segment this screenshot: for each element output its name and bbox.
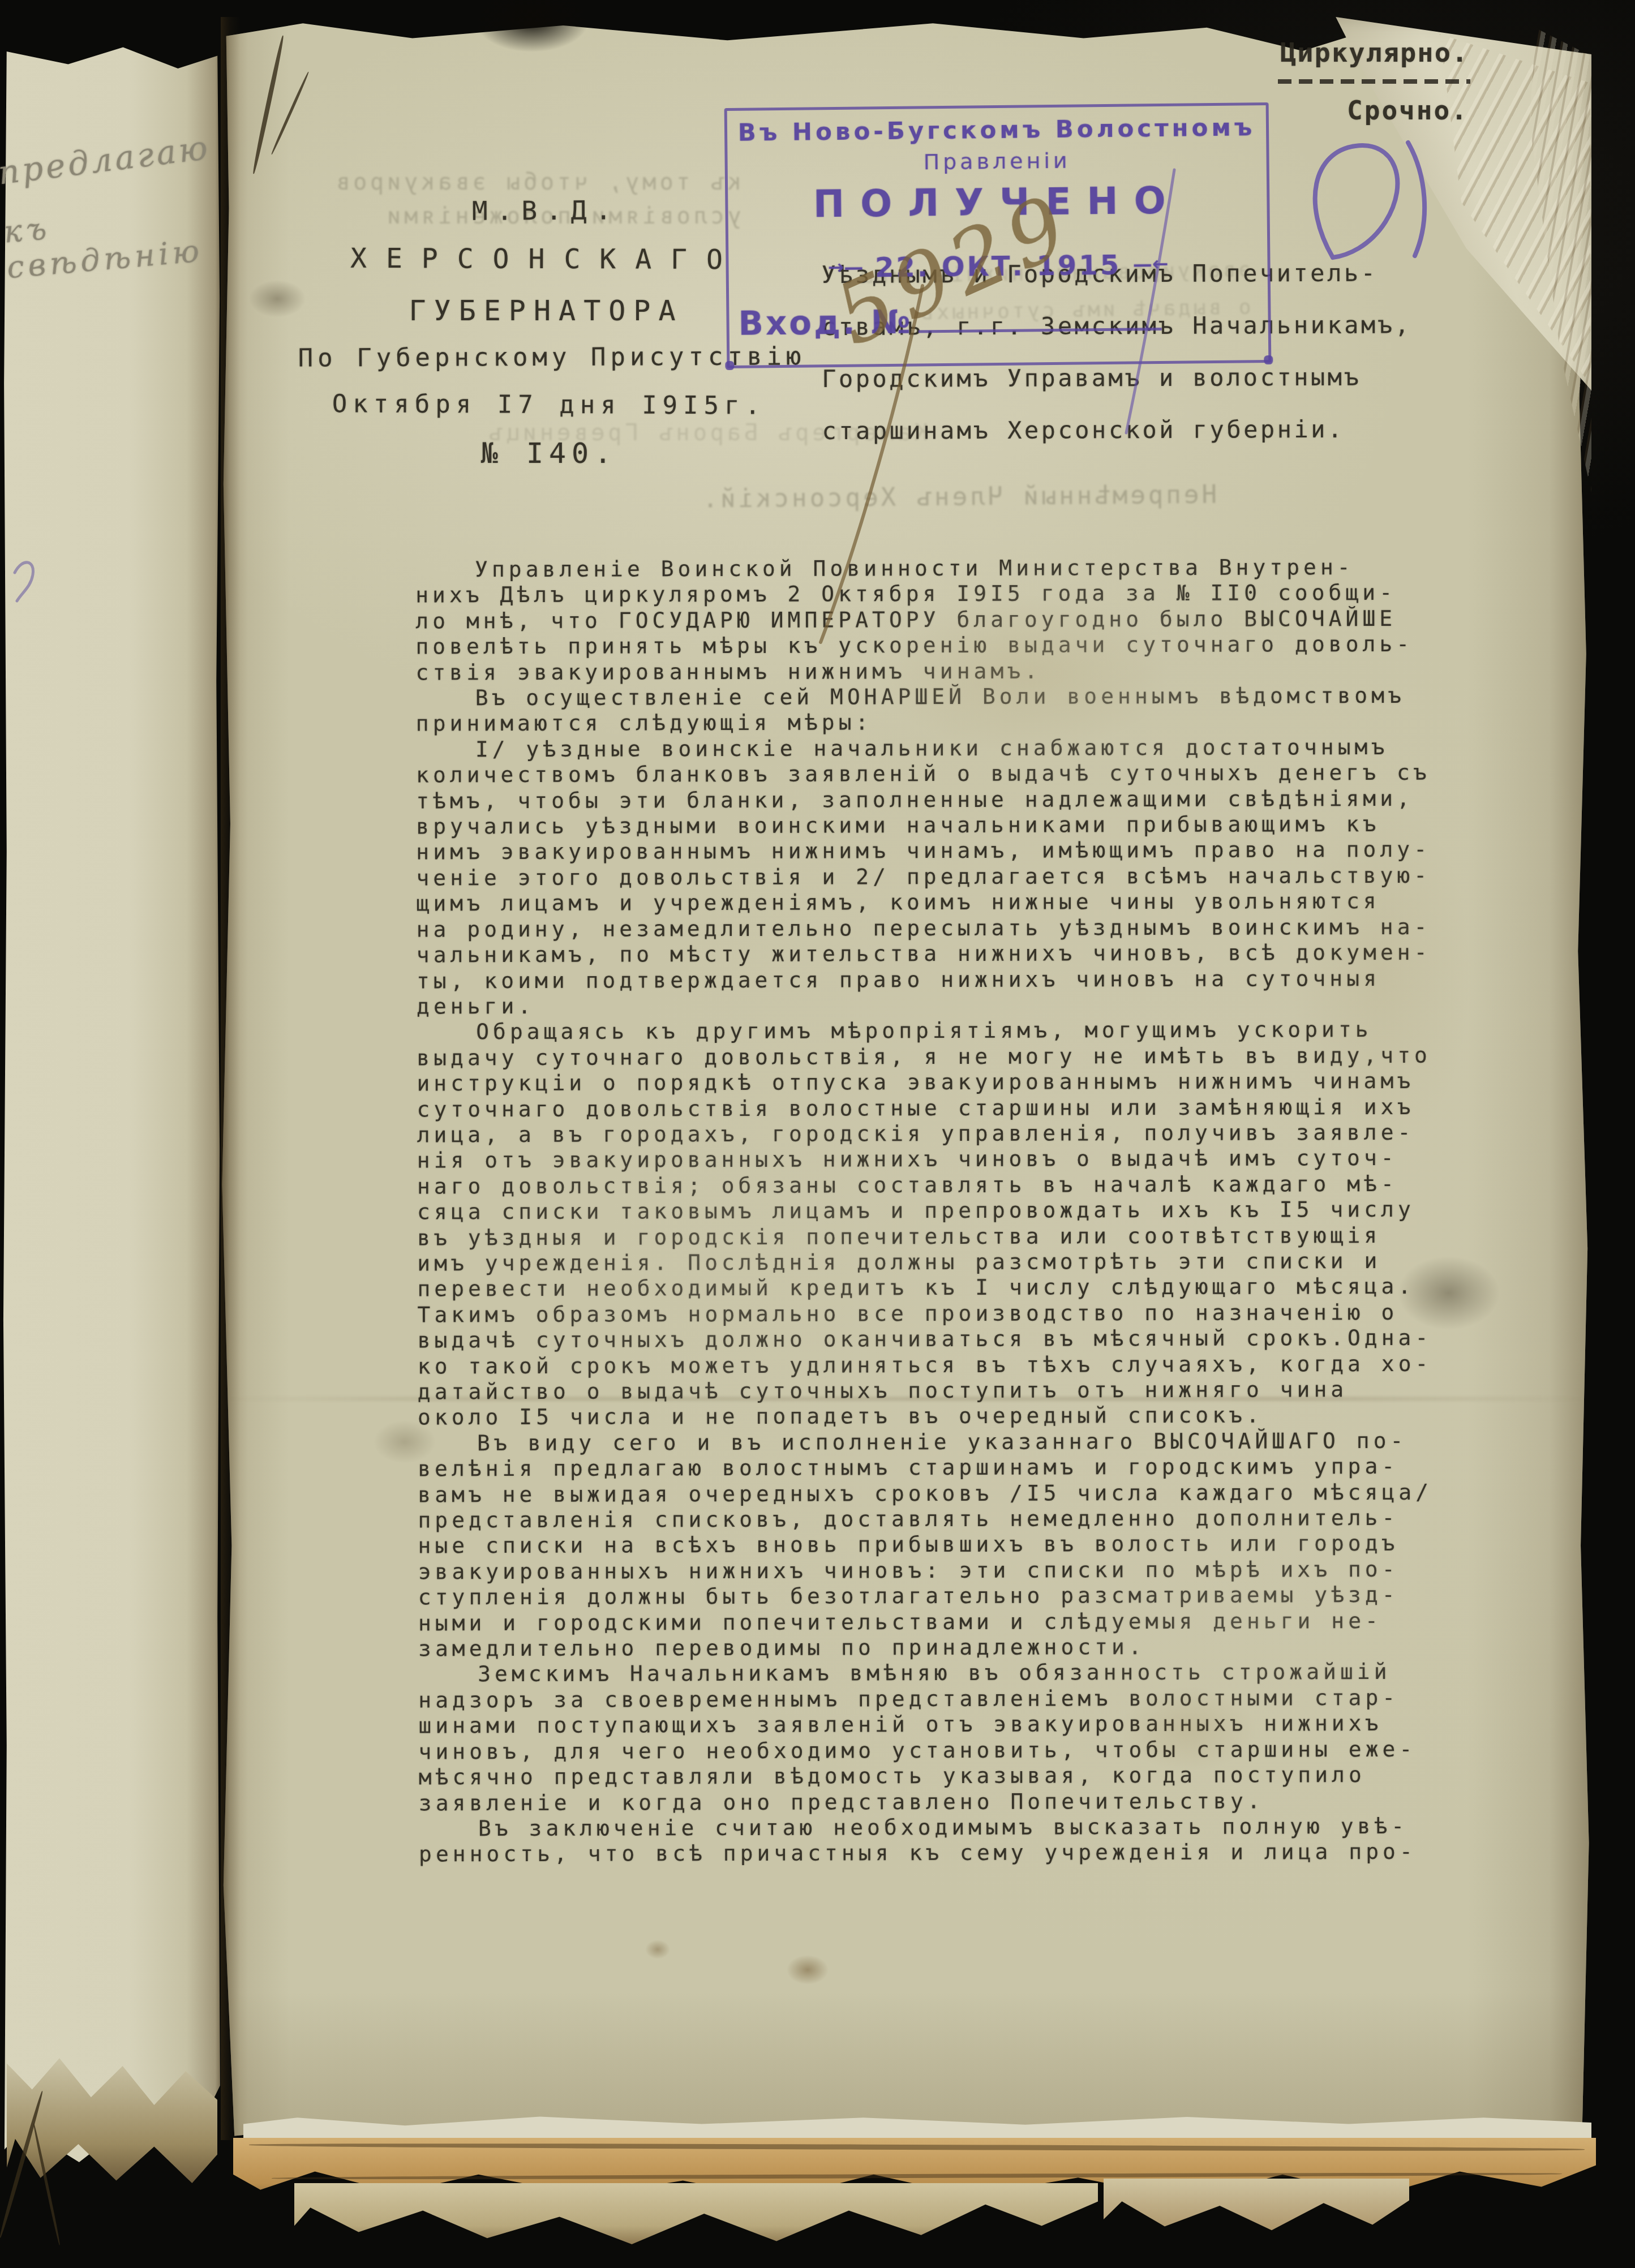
pen-stroke-purple — [1126, 170, 1174, 433]
pen-flourish — [1315, 143, 1424, 257]
pen-tail-stroke — [821, 286, 922, 642]
archival-photo: предлагаю къ свѣдѣнію къ тому, чтобы эва… — [0, 0, 1635, 2268]
pencil-check — [15, 562, 33, 601]
pen-strokes — [0, 0, 1635, 2268]
